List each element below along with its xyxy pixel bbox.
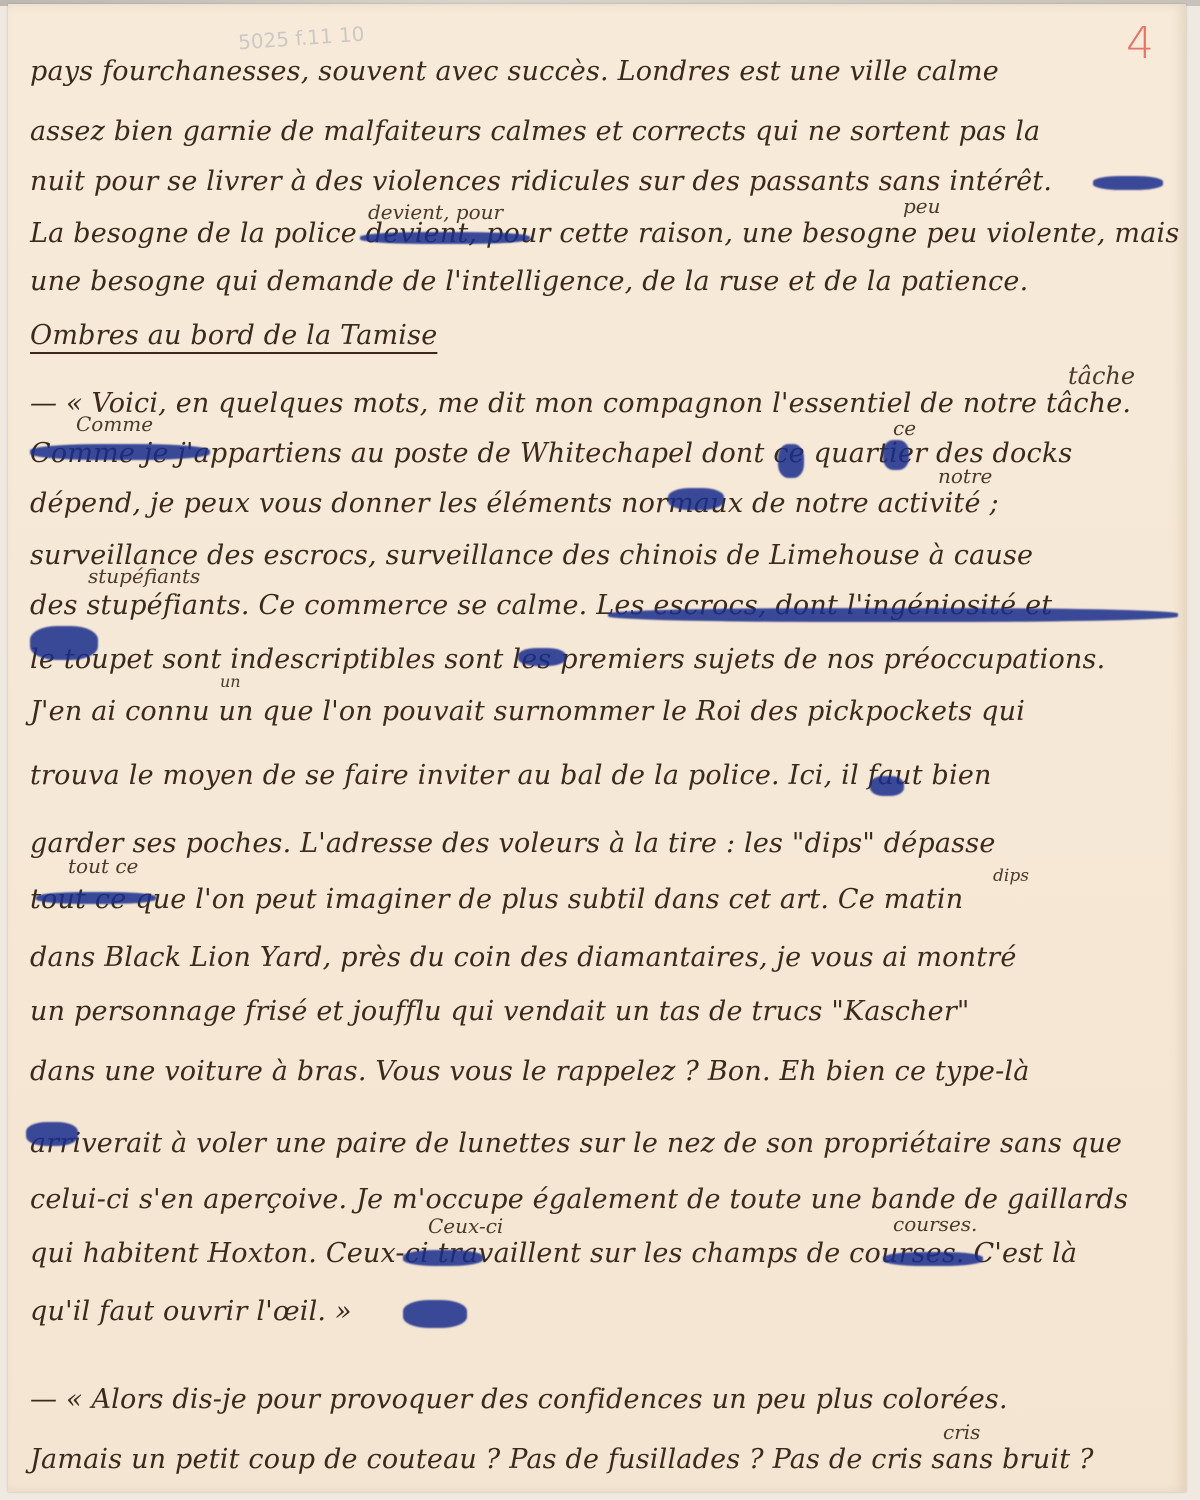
manuscript-page: 5025 f.11 10 4 pays fourchanesses, souve…	[8, 4, 1186, 1492]
manuscript-line: assez bien garnie de malfaiteurs calmes …	[30, 116, 1170, 147]
manuscript-line: qu'il faut ouvrir l'œil. »	[30, 1296, 1170, 1327]
insertion: Comme	[76, 412, 153, 436]
manuscript-line: — « Voici, en quelques mots, me dit mon …	[30, 388, 1170, 419]
insertion: Ceux-ci	[428, 1214, 503, 1238]
blue-crossout	[403, 1300, 467, 1328]
blue-crossout	[883, 1252, 983, 1266]
manuscript-line: pays fourchanesses, souvent avec succès.…	[30, 56, 1170, 87]
insertion: ce	[893, 416, 916, 440]
blue-crossout	[883, 440, 909, 470]
insertion: un	[220, 672, 241, 691]
blue-crossout	[36, 892, 156, 904]
insertion: cris	[943, 1420, 980, 1444]
blue-crossout	[668, 488, 724, 510]
insertion: courses.	[893, 1212, 977, 1236]
manuscript-line: dans Black Lion Yard, près du coin des d…	[30, 942, 1170, 973]
insertion: tâche	[1068, 362, 1135, 390]
blue-crossout	[518, 648, 566, 666]
manuscript-line: J'en ai connu un que l'on pouvait surnom…	[30, 696, 1170, 727]
manuscript-line: garder ses poches. L'adresse des voleurs…	[30, 828, 1170, 859]
blue-crossout	[1093, 176, 1163, 190]
blue-crossout	[30, 626, 98, 660]
insertion: peu	[903, 194, 941, 218]
manuscript-line: arriverait à voler une paire de lunettes…	[30, 1128, 1170, 1159]
insertion: notre	[938, 464, 992, 488]
blue-crossout	[608, 608, 1178, 622]
manuscript-line: Jamais un petit coup de couteau ? Pas de…	[30, 1444, 1170, 1475]
manuscript-line: — « Alors dis-je pour provoquer des conf…	[30, 1384, 1170, 1415]
manuscript-line: surveillance des escrocs, surveillance d…	[30, 540, 1170, 571]
section-heading: Ombres au bord de la Tamise	[30, 320, 1170, 351]
pencil-annotation: 5025 f.11 10	[237, 22, 365, 55]
blue-crossout	[778, 444, 804, 478]
manuscript-line: une besogne qui demande de l'intelligenc…	[30, 266, 1170, 297]
insertion: dips	[993, 866, 1029, 886]
manuscript-line: celui-ci s'en aperçoive. Je m'occupe éga…	[30, 1184, 1170, 1215]
blue-crossout	[30, 444, 210, 460]
manuscript-line: dans une voiture à bras. Vous vous le ra…	[30, 1056, 1170, 1087]
manuscript-line: nuit pour se livrer à des violences ridi…	[30, 166, 1170, 197]
insertion: stupéfiants	[88, 564, 200, 588]
manuscript-line: qui habitent Hoxton. Ceux-ci travaillent…	[30, 1238, 1170, 1269]
manuscript-line: La besogne de la police devient, pour ce…	[30, 218, 1170, 249]
manuscript-line: tout ce que l'on peut imaginer de plus s…	[30, 884, 1170, 915]
manuscript-line: dépend, je peux vous donner les éléments…	[30, 488, 1170, 519]
manuscript-line: le toupet sont indescriptibles sont les …	[30, 644, 1170, 675]
manuscript-line: un personnage frisé et joufflu qui venda…	[30, 996, 1170, 1027]
blue-crossout	[26, 1122, 78, 1146]
blue-crossout	[360, 232, 530, 244]
manuscript-line: trouva le moyen de se faire inviter au b…	[30, 760, 1170, 791]
blue-crossout	[870, 776, 904, 796]
insertion: tout ce	[68, 854, 138, 878]
blue-crossout	[403, 1250, 483, 1266]
